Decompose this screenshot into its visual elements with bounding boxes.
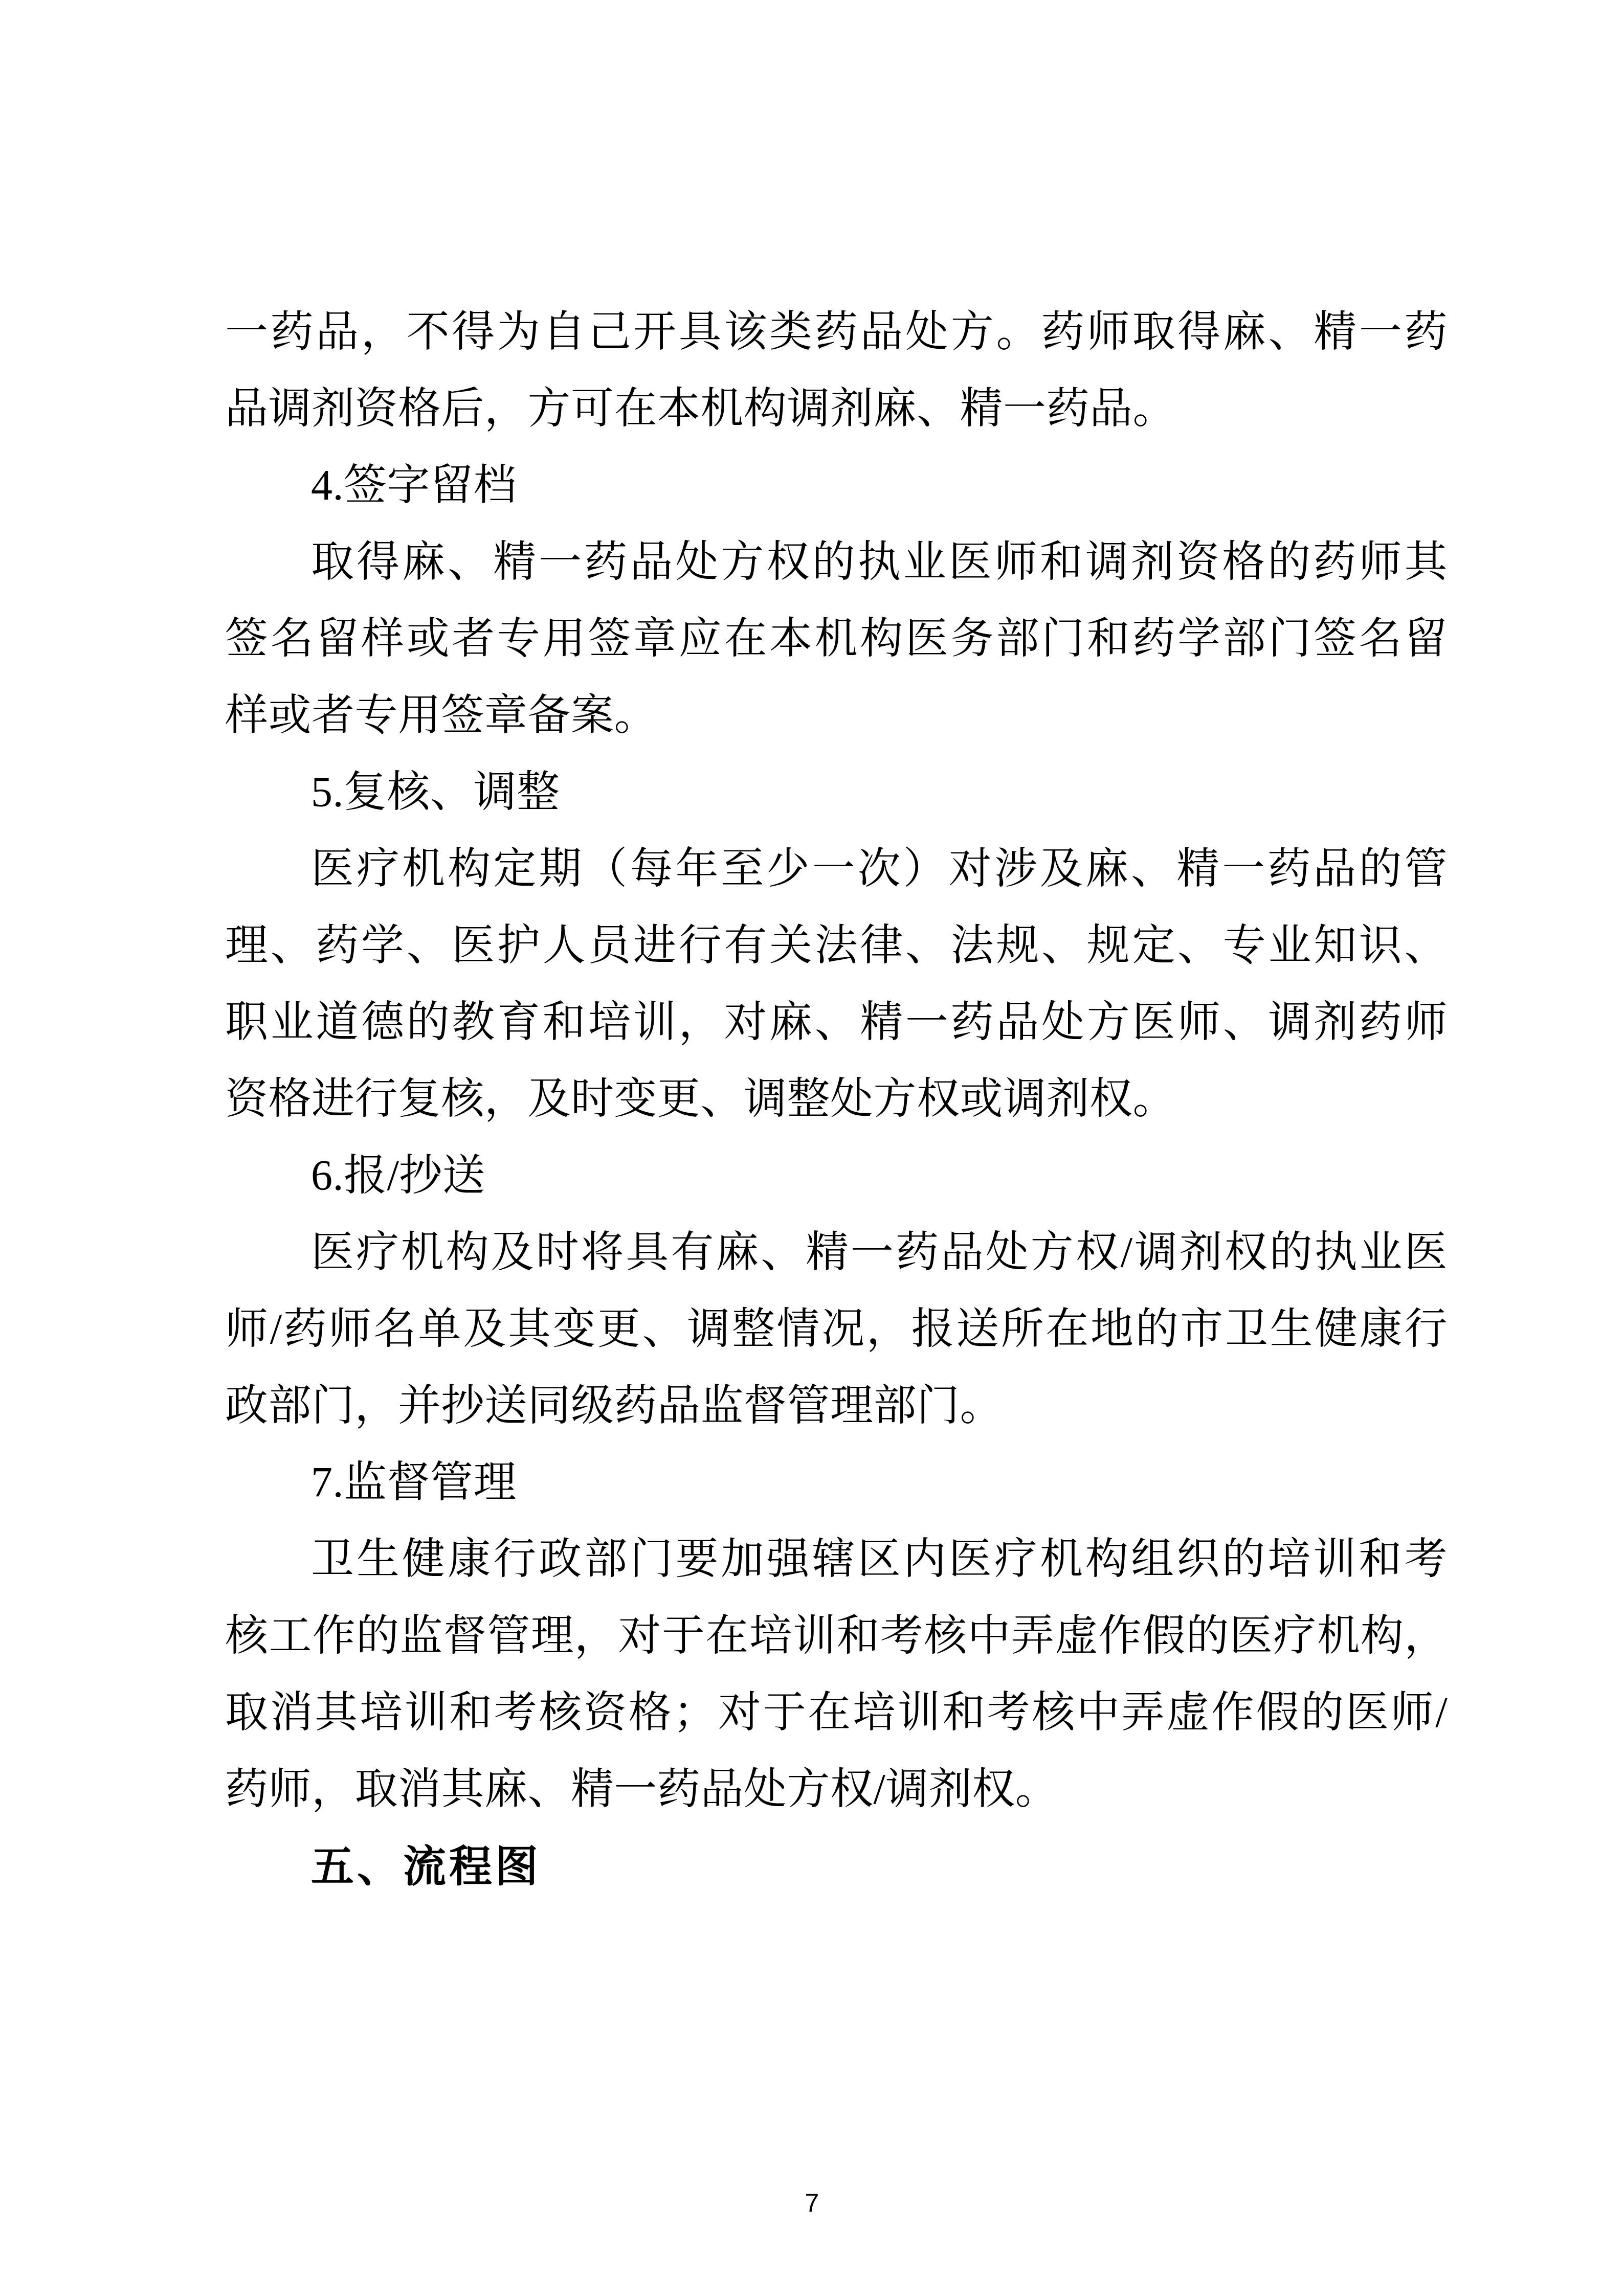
numbered-heading-line: 6.报/抄送 xyxy=(225,1138,1448,1214)
text-line: 政部门，并抄送同级药品监督管理部门。 xyxy=(225,1368,1448,1445)
numbered-heading: 7.监督管理 xyxy=(225,1445,1448,1521)
numbered-heading-line: 5.复核、调整 xyxy=(225,754,1448,831)
text-line: 药师，取消其麻、精一药品处方权/调剂权。 xyxy=(225,1751,1448,1828)
paragraph: 取得麻、精一药品处方权的执业医师和调剂资格的药师其签名留样或者专用签章应在本机构… xyxy=(225,524,1448,754)
text-line: 师/药师名单及其变更、调整情况，报送所在地的市卫生健康行 xyxy=(225,1291,1448,1368)
text-line: 理、药学、医护人员进行有关法律、法规、规定、专业知识、 xyxy=(225,908,1448,984)
text-line: 取得麻、精一药品处方权的执业医师和调剂资格的药师其 xyxy=(225,524,1448,601)
text-line: 签名留样或者专用签章应在本机构医务部门和药学部门签名留 xyxy=(225,601,1448,678)
text-line: 医疗机构及时将具有麻、精一药品处方权/调剂权的执业医 xyxy=(225,1214,1448,1291)
text-line: 取消其培训和考核资格；对于在培训和考核中弄虚作假的医师/ xyxy=(225,1675,1448,1751)
document-content: 一药品，不得为自己开具该类药品处方。药师取得麻、精一药品调剂资格后，方可在本机构… xyxy=(225,294,1448,1905)
paragraph: 医疗机构及时将具有麻、精一药品处方权/调剂权的执业医师/药师名单及其变更、调整情… xyxy=(225,1214,1448,1445)
text-line: 一药品，不得为自己开具该类药品处方。药师取得麻、精一药 xyxy=(225,294,1448,371)
text-line: 资格进行复核，及时变更、调整处方权或调剂权。 xyxy=(225,1061,1448,1138)
numbered-heading: 4.签字留档 xyxy=(225,447,1448,524)
text-line: 核工作的监督管理，对于在培训和考核中弄虚作假的医疗机构， xyxy=(225,1598,1448,1675)
numbered-heading-line: 4.签字留档 xyxy=(225,447,1448,524)
paragraph: 医疗机构定期（每年至少一次）对涉及麻、精一药品的管理、药学、医护人员进行有关法律… xyxy=(225,831,1448,1138)
paragraph: 一药品，不得为自己开具该类药品处方。药师取得麻、精一药品调剂资格后，方可在本机构… xyxy=(225,294,1448,447)
numbered-heading: 5.复核、调整 xyxy=(225,754,1448,831)
text-line: 卫生健康行政部门要加强辖区内医疗机构组织的培训和考 xyxy=(225,1521,1448,1598)
paragraph: 卫生健康行政部门要加强辖区内医疗机构组织的培训和考核工作的监督管理，对于在培训和… xyxy=(225,1521,1448,1828)
text-line: 医疗机构定期（每年至少一次）对涉及麻、精一药品的管 xyxy=(225,831,1448,908)
text-line: 品调剂资格后，方可在本机构调剂麻、精一药品。 xyxy=(225,371,1448,447)
section-heading-line: 五、流程图 xyxy=(225,1828,1448,1905)
numbered-heading-line: 7.监督管理 xyxy=(225,1445,1448,1521)
text-line: 职业道德的教育和培训，对麻、精一药品处方医师、调剂药师 xyxy=(225,984,1448,1061)
page-number: 7 xyxy=(0,2188,1624,2218)
document-page: 一药品，不得为自己开具该类药品处方。药师取得麻、精一药品调剂资格后，方可在本机构… xyxy=(0,0,1624,2296)
section-heading: 五、流程图 xyxy=(225,1828,1448,1905)
numbered-heading: 6.报/抄送 xyxy=(225,1138,1448,1214)
text-line: 样或者专用签章备案。 xyxy=(225,678,1448,754)
